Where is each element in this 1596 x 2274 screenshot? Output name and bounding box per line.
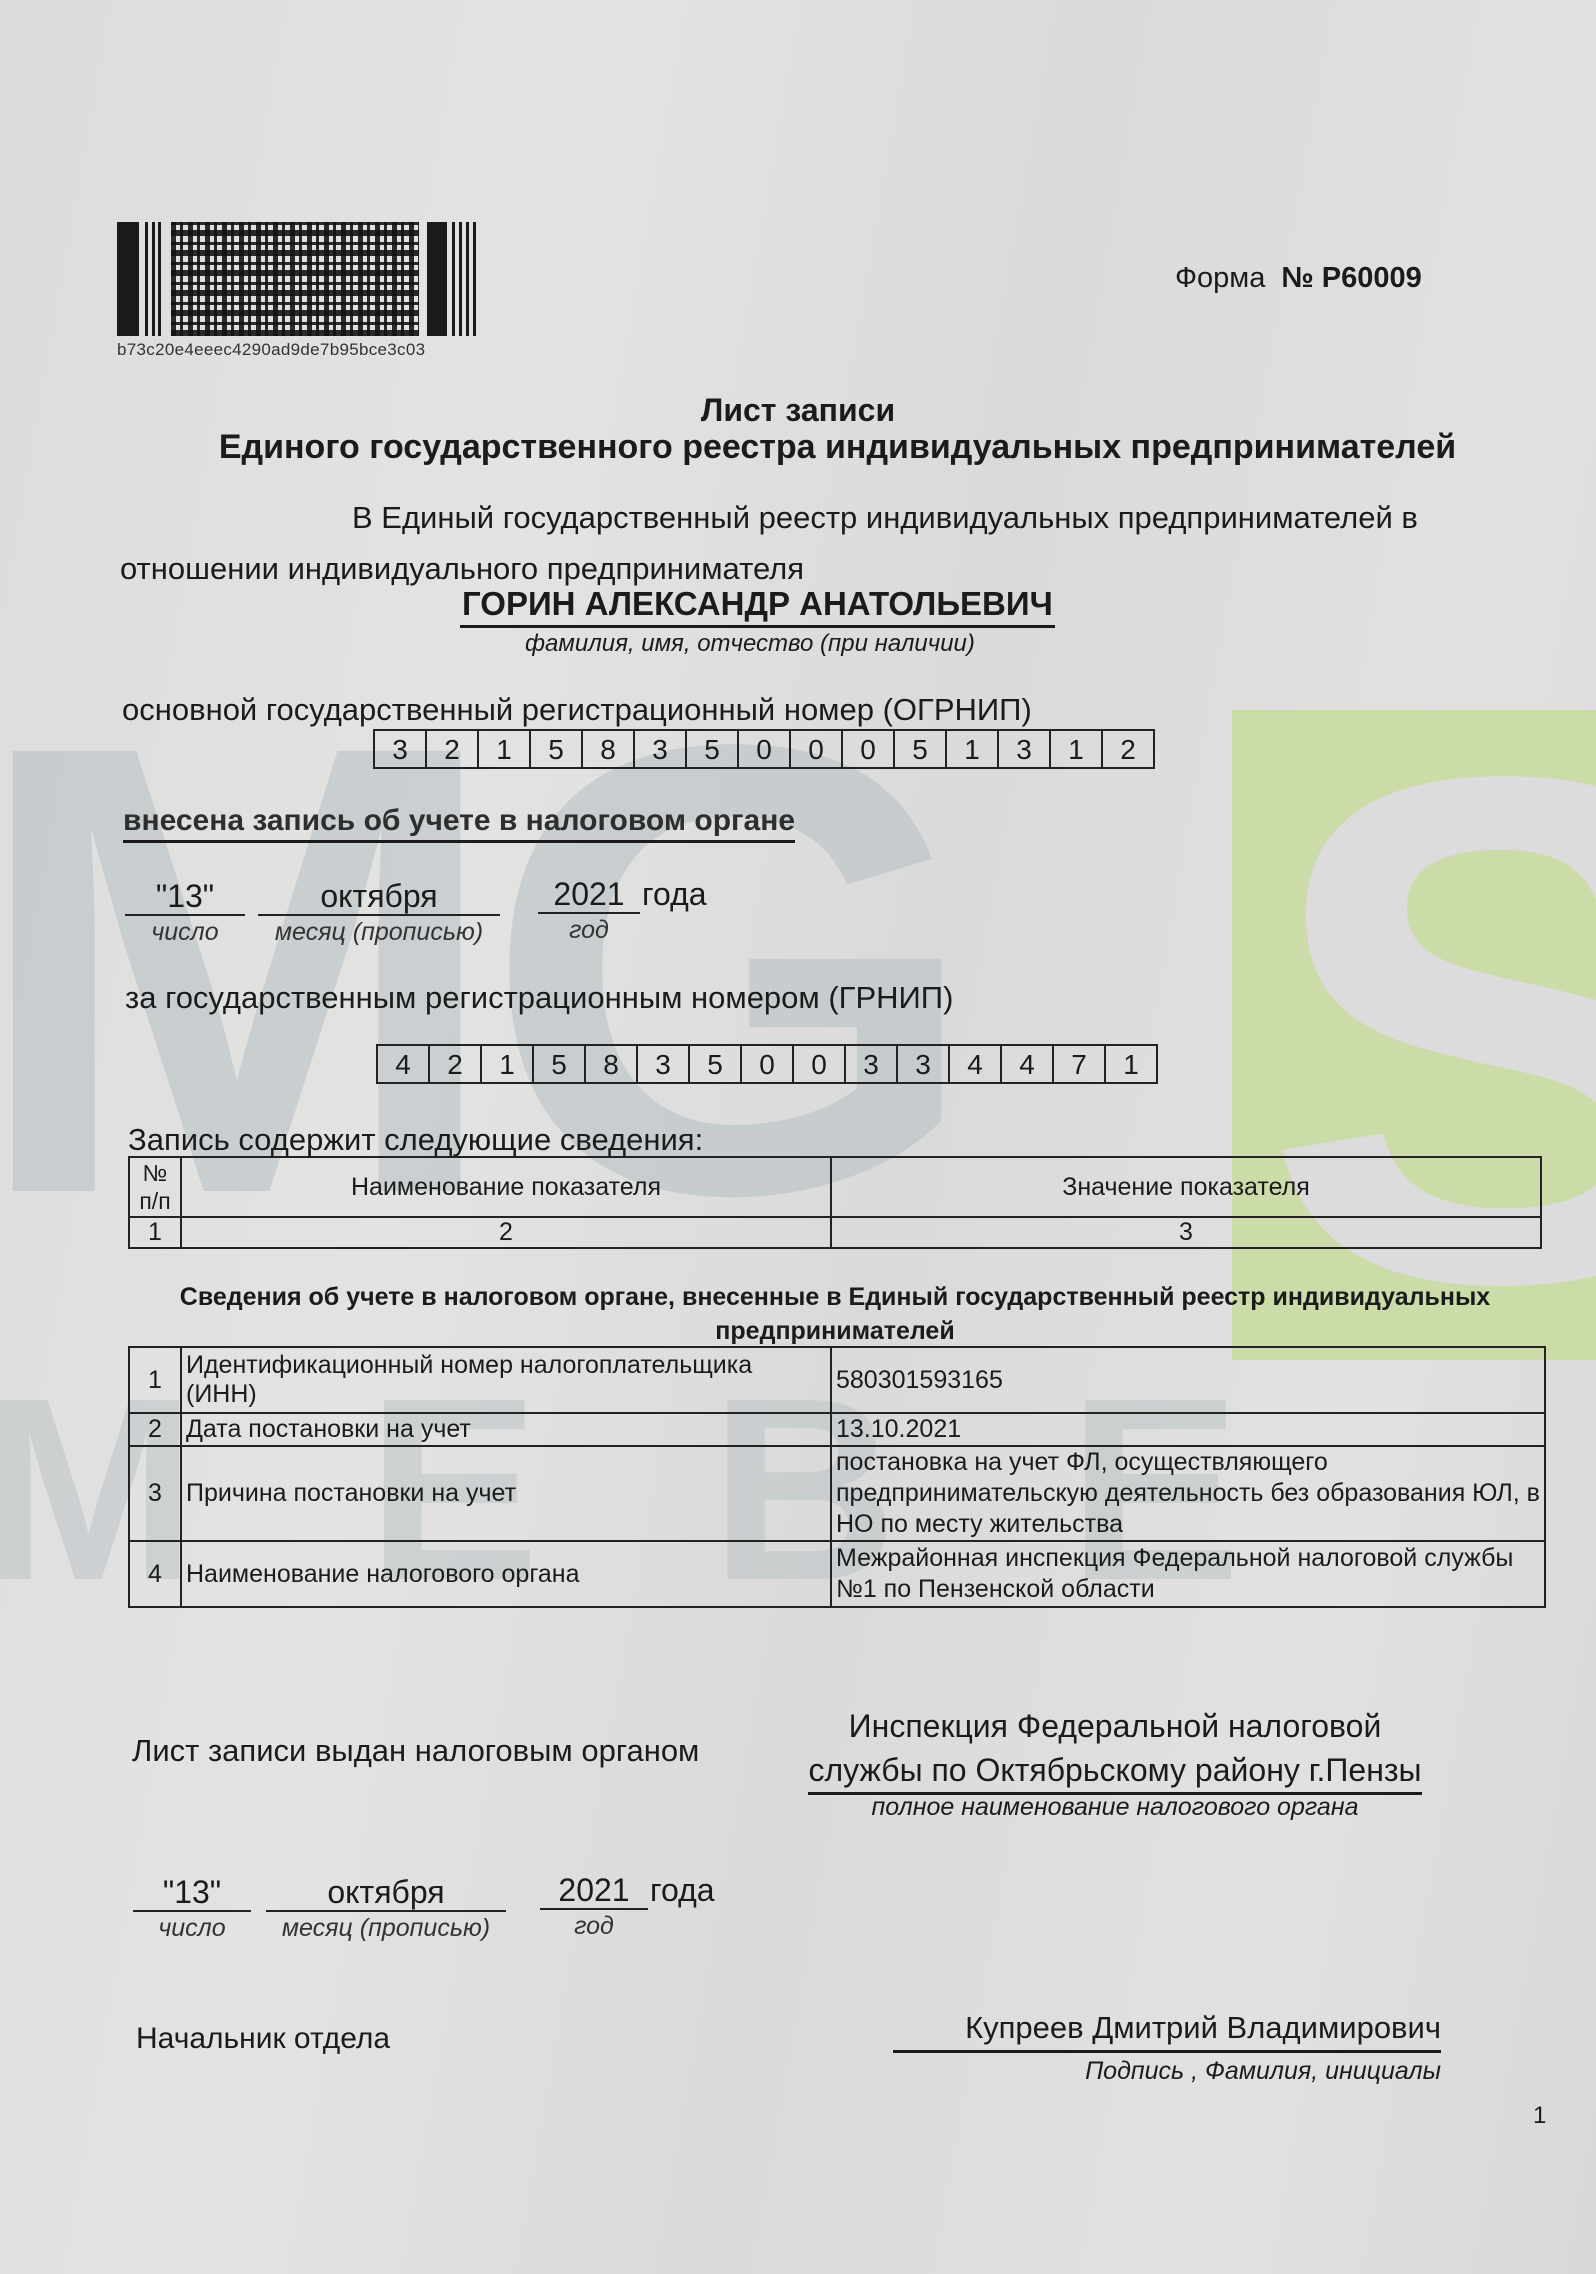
watermark-s: S (1262, 710, 1596, 1360)
row-value: Межрайонная инспекция Федеральной налого… (831, 1541, 1545, 1607)
entry-date-suffix: года (642, 876, 707, 913)
entry-date-year-caption: год (538, 916, 640, 945)
index-name: 2 (181, 1217, 831, 1248)
form-label: Форма (1175, 262, 1265, 294)
issuing-authority-line-1: Инспекция Федеральной налоговой (780, 1704, 1450, 1748)
row-num: 2 (129, 1413, 181, 1446)
watermark-s-block: S (1232, 710, 1596, 1360)
issue-date-month-caption: месяц (прописью) (266, 1914, 506, 1943)
grnip-digit: 0 (740, 1046, 792, 1082)
grnip-digit: 1 (480, 1046, 532, 1082)
grnip-digit: 3 (896, 1046, 948, 1082)
entrepreneur-name: ГОРИН АЛЕКСАНДР АНАТОЛЬЕВИЧ (460, 585, 1055, 628)
index-value: 3 (831, 1217, 1541, 1248)
ogrnip-digit: 3 (997, 731, 1049, 767)
issuing-authority-line-2: службы по Октябрьскому району г.Пензы (808, 1748, 1421, 1795)
barcode-icon (117, 222, 490, 336)
row-value: 13.10.2021 (831, 1413, 1545, 1446)
issue-date-year-caption: год (540, 1912, 648, 1941)
issue-date-day: "13" (133, 1874, 251, 1912)
ogrnip-digit: 5 (685, 731, 737, 767)
table-row: 1 Идентификационный номер налогоплательщ… (129, 1347, 1545, 1413)
entry-date-year: 2021 (538, 876, 640, 914)
grnip-digit: 4 (948, 1046, 1000, 1082)
row-num: 3 (129, 1446, 181, 1541)
table-row: 2 Дата постановки на учет 13.10.2021 (129, 1413, 1545, 1446)
row-value: 580301593165 (831, 1347, 1545, 1413)
issue-date-month: октября (266, 1874, 506, 1912)
barcode-hash: b73c20e4eeec4290ad9de7b95bce3c03 (117, 340, 425, 360)
ogrnip-digit: 8 (581, 731, 633, 767)
issue-date-year: 2021 (540, 1872, 648, 1910)
ogrnip-digit: 3 (633, 731, 685, 767)
entry-date-day-caption: число (125, 918, 245, 947)
entrepreneur-name-caption: фамилия, имя, отчество (при наличии) (525, 630, 975, 658)
ogrnip-digit: 2 (425, 731, 477, 767)
ogrnip-digit: 1 (477, 731, 529, 767)
grnip-digit: 2 (428, 1046, 480, 1082)
issue-date-day-caption: число (133, 1914, 251, 1943)
intro-line-2: отношении индивидуального предпринимател… (120, 551, 804, 587)
entry-heading: внесена запись об учете в налоговом орга… (123, 804, 795, 843)
signer-name: Купреев Дмитрий Владимирович (893, 2010, 1441, 2053)
form-code: № Р60009 (1281, 262, 1421, 294)
row-value: постановка на учет ФЛ, осуществляющего п… (831, 1446, 1545, 1541)
ogrnip-digit: 2 (1101, 731, 1153, 767)
ogrnip-digit: 0 (737, 731, 789, 767)
row-num: 4 (129, 1541, 181, 1607)
row-num: 1 (129, 1347, 181, 1413)
issue-date-suffix: года (650, 1872, 715, 1909)
grnip-digit: 3 (636, 1046, 688, 1082)
grnip-digit: 1 (1104, 1046, 1156, 1082)
grnip-digit: 8 (584, 1046, 636, 1082)
tax-info-table: 1 Идентификационный номер налогоплательщ… (128, 1346, 1546, 1608)
entry-date-day: "13" (125, 878, 245, 916)
grnip-digit: 4 (378, 1046, 428, 1082)
issued-by-label: Лист записи выдан налоговым органом (132, 1733, 699, 1769)
grnip-digit: 5 (688, 1046, 740, 1082)
grnip-digits: 421583500334471 (376, 1044, 1158, 1084)
row-name: Дата постановки на учет (181, 1413, 831, 1446)
table-row: 3 Причина постановки на учет постановка … (129, 1446, 1545, 1541)
page-number: 1 (1533, 2102, 1546, 2130)
ogrnip-digit: 5 (893, 731, 945, 767)
ogrnip-label: основной государственный регистрационный… (122, 692, 1032, 728)
document-title: Лист записи (0, 392, 1596, 429)
ogrnip-digit: 0 (841, 731, 893, 767)
grnip-label: за государственным регистрационным номер… (125, 980, 953, 1016)
header-value: Значение показателя (831, 1157, 1541, 1217)
form-number: Форма№ Р60009 (1175, 262, 1422, 295)
row-name: Причина постановки на учет (181, 1446, 831, 1541)
entry-date-month-caption: месяц (прописью) (258, 918, 500, 947)
signer-position: Начальник отдела (136, 2022, 390, 2056)
table-row: 4 Наименование налогового органа Межрайо… (129, 1541, 1545, 1607)
ogrnip-digit: 1 (945, 731, 997, 767)
issuing-authority-caption: полное наименование налогового органа (780, 1793, 1450, 1822)
contents-label: Запись содержит следующие сведения: (128, 1122, 703, 1158)
row-name: Наименование налогового органа (181, 1541, 831, 1607)
grnip-digit: 0 (792, 1046, 844, 1082)
index-num: 1 (129, 1217, 181, 1248)
intro-line-1: В Единый государственный реестр индивиду… (352, 500, 1418, 536)
ogrnip-digit: 5 (529, 731, 581, 767)
grnip-digit: 7 (1052, 1046, 1104, 1082)
grnip-digit: 4 (1000, 1046, 1052, 1082)
ogrnip-digit: 1 (1049, 731, 1101, 767)
grnip-digit: 5 (532, 1046, 584, 1082)
grnip-digit: 3 (844, 1046, 896, 1082)
document-subtitle: Единого государственного реестра индивид… (0, 428, 1596, 467)
ogrnip-digit: 0 (789, 731, 841, 767)
contents-header-table: № п/п Наименование показателя Значение п… (128, 1156, 1542, 1249)
ogrnip-digit: 3 (375, 731, 425, 767)
signer-caption: Подпись , Фамилия, инициалы (893, 2057, 1441, 2086)
ogrnip-digits: 321583500051312 (373, 729, 1155, 769)
tax-section-title: Сведения об учете в налоговом органе, вн… (128, 1280, 1542, 1348)
header-name: Наименование показателя (181, 1157, 831, 1217)
issuing-authority: Инспекция Федеральной налоговой службы п… (780, 1704, 1450, 1795)
row-name: Идентификационный номер налогоплательщик… (181, 1347, 831, 1413)
header-num: № п/п (129, 1157, 181, 1217)
entry-date-month: октября (258, 878, 500, 916)
